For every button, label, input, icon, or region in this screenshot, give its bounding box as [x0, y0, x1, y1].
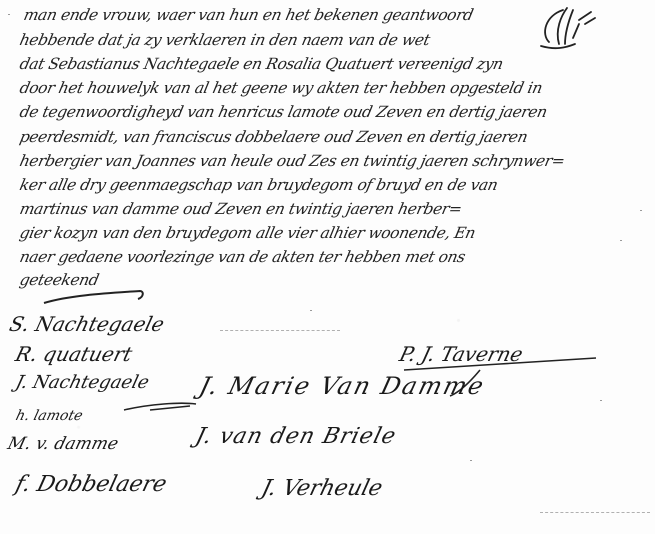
document-line-4: door het houwelyk van al het geene wy ak…: [18, 79, 544, 97]
corner-initials-mark: [535, 4, 615, 52]
scan-speck: [620, 240, 622, 241]
scan-speck: [640, 210, 642, 211]
signature-m-v-damme: M. v. damme: [6, 434, 121, 454]
faint-rule: [220, 330, 340, 331]
signature-f-dobbelaere: f. Dobbelaere: [13, 472, 169, 497]
document-line-10: gier kozyn van den bruydegom alle vier a…: [18, 224, 477, 242]
scan-speck: [310, 310, 312, 311]
signature-h-lamote: h. lamote: [14, 408, 84, 424]
document-line-3: dat Sebastianus Nachtegaele en Rosalia Q…: [18, 55, 505, 73]
document-line-11: naer gedaene voorlezinge van de akten te…: [18, 248, 467, 266]
signature-s-nachtegaele: S. Nachtegaele: [7, 312, 167, 336]
signature-underline: [120, 400, 200, 414]
document-line-5: de tegenwoordigheyd van henricus lamote …: [18, 103, 549, 121]
scan-speck: [470, 460, 472, 461]
signature-j-nachtegaele: J. Nachtegaele: [13, 372, 151, 393]
document-line-1: man ende vrouw, waer van hun en het beke…: [22, 6, 475, 24]
signature-j-van-den-briele: J. van den Briele: [193, 424, 399, 449]
scan-speck: [8, 14, 10, 15]
signature-r-quatuert: R. quatuert: [13, 342, 135, 366]
scanned-document-page: man ende vrouw, waer van hun en het beke…: [0, 0, 655, 534]
document-line-9: martinus van damme oud Zeven en twintig …: [18, 200, 463, 218]
closing-flourish: [40, 285, 150, 307]
document-line-2: hebbende dat ja zy verklaeren in den nae…: [18, 31, 431, 49]
signature-j-marie-van-damme: J. Marie Van Damme: [197, 372, 489, 400]
document-line-6: peerdesmidt, van franciscus dobbelaere o…: [18, 128, 529, 146]
faint-rule: [540, 512, 650, 513]
scan-speck: [600, 400, 602, 401]
document-line-7: herbergier van Joannes van heule oud Zes…: [18, 152, 566, 170]
document-line-8: ker alle dry geenmaegschap van bruydegom…: [18, 176, 499, 194]
signature-j-verheule: J. Verheule: [259, 476, 385, 501]
